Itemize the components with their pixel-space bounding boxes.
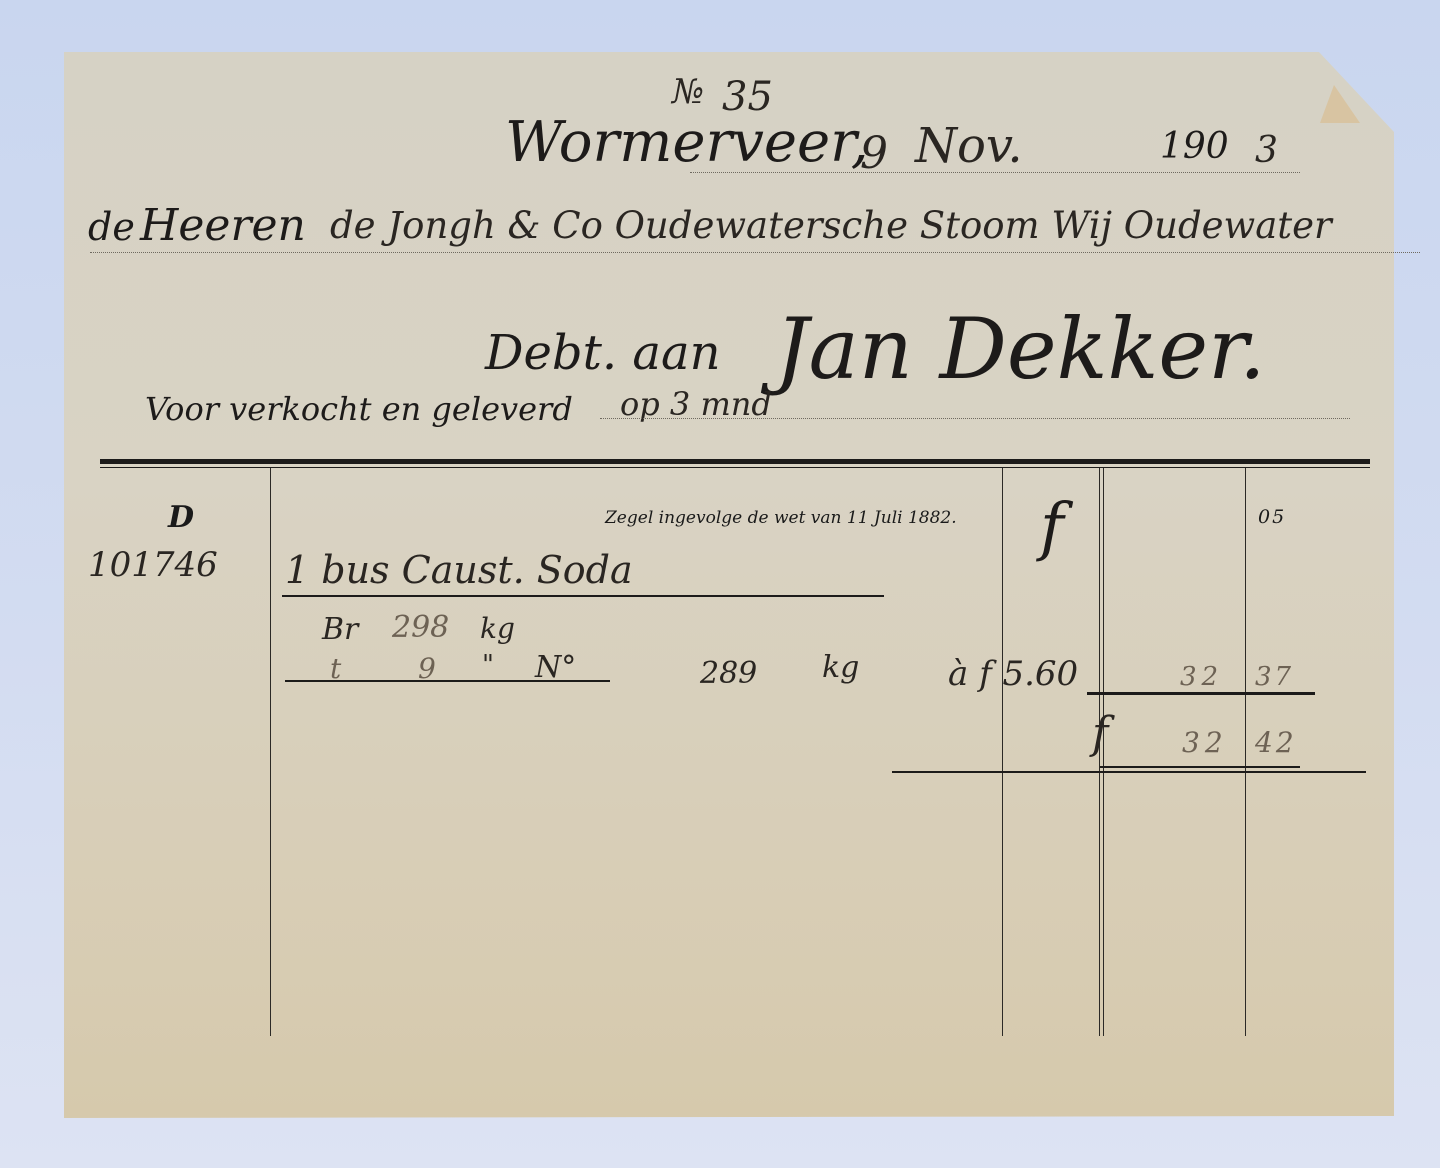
total-cents: 42 (1255, 726, 1297, 759)
total-guilders: 32 (1182, 726, 1228, 759)
item-underline (282, 595, 884, 597)
stamp-notice: Zegel ingevolge de wet van 11 Juli 1882. (605, 508, 957, 528)
net-weight: 289 (700, 656, 757, 691)
gross-unit: kg (480, 612, 515, 645)
gross-weight: 298 (392, 610, 449, 645)
stamp-cents: 05 (1258, 506, 1286, 528)
invoice-number-label: № (672, 72, 704, 112)
total-symbol: f (1092, 708, 1108, 759)
item-amount-cents: 37 (1255, 662, 1294, 692)
gross-label: Br (322, 612, 358, 647)
date-year-suffix: 3 (1255, 130, 1278, 171)
sold-label: Voor verkocht en geleverd (145, 390, 573, 428)
column-divider-4 (1245, 468, 1246, 1036)
unit-price: à f 5.60 (948, 654, 1078, 694)
item-amount-guilders: 32 (1180, 662, 1223, 692)
sold-line (600, 418, 1350, 419)
place-name: Wormerveer, (505, 110, 869, 175)
table-top-rule-thin (100, 467, 1370, 468)
debtor-label: Debt. aan (485, 325, 721, 381)
column-divider-2 (1002, 468, 1003, 1036)
addressee-name: de Jongh & Co Oudewatersche Stoom Wij Ou… (330, 204, 1332, 247)
date-year-prefix: 190 (1160, 126, 1229, 167)
subtotal-rule (1087, 692, 1315, 695)
addressee-line (90, 252, 1420, 253)
merchant-name: Jan Dekker. (775, 300, 1266, 398)
currency-symbol: f (1040, 490, 1064, 564)
addressee-prefix: de (88, 205, 135, 249)
total-rule-long (892, 771, 1366, 773)
total-rule (1100, 766, 1300, 768)
column-divider-1 (270, 468, 271, 1036)
net-unit: kg (822, 650, 859, 685)
reference-number: 101746 (88, 545, 218, 585)
ledger-letter: D (168, 500, 194, 535)
net-label: N° (535, 650, 576, 685)
item-description: 1 bus Caust. Soda (285, 548, 633, 592)
date-line (690, 172, 1300, 173)
date-month: Nov. (915, 118, 1023, 174)
addressee-label: Heeren (140, 200, 306, 251)
tare-unit: " (482, 650, 494, 680)
table-top-rule (100, 459, 1370, 464)
